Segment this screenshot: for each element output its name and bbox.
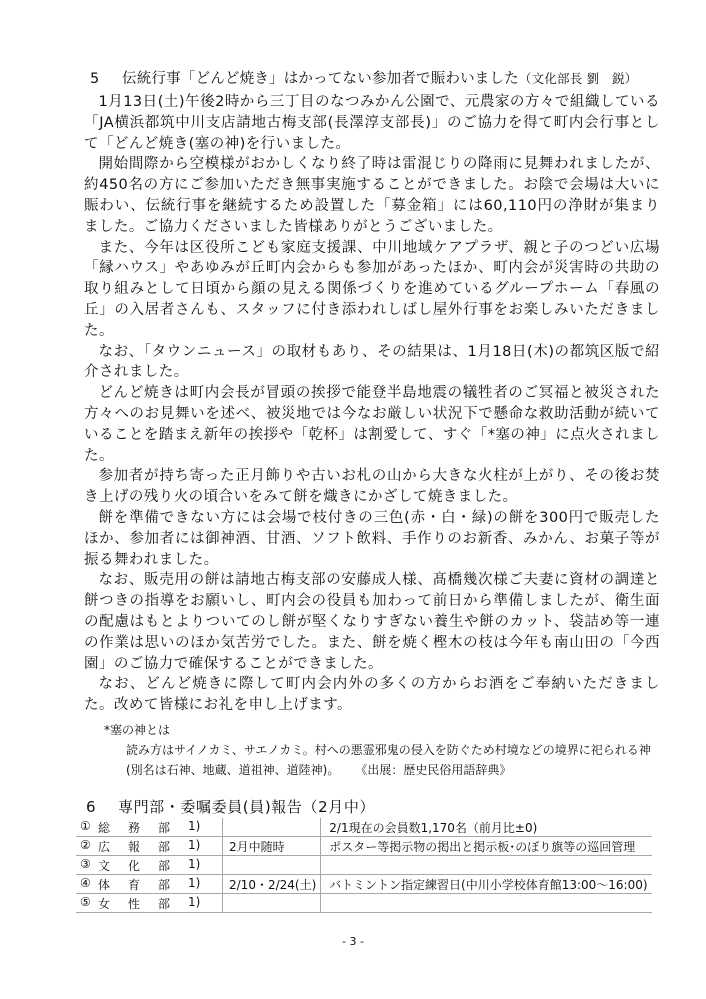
footnote: *塞の神とは 読み方はサイノカミ、サエノカミ。村への悪霊邪鬼の侵入を防ぐため村境…	[104, 720, 660, 780]
paragraph: 1月13日(土)午後2時から三丁目のなつみかん公園で、元農家の方々で組織している…	[84, 92, 660, 154]
footnote-heading: *塞の神とは	[104, 720, 660, 740]
dept-char: 文	[98, 857, 128, 874]
paragraph: 餅を準備できない方には会場で枝付きの三色(赤・白・緑)の餅を300円で販売したほ…	[84, 508, 660, 570]
row-marker: ⑤	[80, 895, 98, 912]
date-cell	[223, 856, 321, 875]
department-cell: ③文化部1)	[76, 856, 223, 875]
dept-char: 報	[128, 838, 158, 855]
table-row: ④体育部1) 2/10・2/24(土) バトミントン指定練習日(中川小学校体育館…	[76, 875, 652, 894]
section-title: 伝統行事「どんど焼き」はかってない参加者で賑わいました	[122, 71, 519, 87]
dept-suffix: 1)	[188, 876, 218, 893]
paragraph: また、今年は区役所こども家庭支援課、中川地域ケアプラザ、親と子のつどい広場「縁ハ…	[84, 238, 660, 342]
footnote-source: 《出展：歴史民俗用語辞典》	[361, 763, 511, 777]
dept-suffix: 1)	[188, 819, 218, 836]
dept-suffix: 1)	[188, 857, 218, 874]
report-table: ①総務部1) 2/1現在の会員数1,170名（前月比±0) ②広報部1) 2月中…	[76, 818, 652, 913]
dept-char: 部	[158, 895, 188, 912]
section-title: 専門部・委嘱委員(員)報告（2月中）	[118, 798, 375, 816]
paragraph: どんど焼きは町内会長が冒頭の挨拶で能登半島地震の犠牲者のご冥福と被災された方々へ…	[84, 383, 660, 466]
dept-suffix: 1)	[188, 895, 218, 912]
dept-char: 部	[158, 876, 188, 893]
paragraph: なお、販売用の餅は請地古梅支部の安藤成人様、髙橋幾次様ご夫妻に資材の調達と餅つき…	[84, 570, 660, 674]
content-cell	[321, 856, 652, 875]
department-cell: ①総務部1)	[76, 818, 223, 837]
section-5-body: 1月13日(土)午後2時から三丁目のなつみかん公園で、元農家の方々で組織している…	[84, 92, 660, 716]
dept-char: 育	[128, 876, 158, 893]
department-cell: ②広報部1)	[76, 837, 223, 856]
content-cell	[321, 894, 652, 913]
content-cell: ポスター等掲示物の掲出と掲示板･のぼり旗等の巡回管理	[321, 837, 652, 856]
row-marker: ②	[80, 838, 98, 855]
dept-char: 化	[128, 857, 158, 874]
row-marker: ④	[80, 876, 98, 893]
paragraph: 開始間際から空模様がおかしくなり終了時は雷混じりの降雨に見舞われましたが、約45…	[84, 154, 660, 237]
content-cell: 2/1現在の会員数1,170名（前月比±0)	[321, 818, 652, 837]
dept-char: 部	[158, 857, 188, 874]
dept-char: 務	[128, 819, 158, 836]
footnote-body: 読み方はサイノカミ、サエノカミ。村への悪霊邪鬼の侵入を防ぐため村境などの境界に祀…	[126, 740, 660, 780]
paragraph: 参加者が持ち寄った正月飾りや古いお札の山から大きな火柱が上がり、その後お焚き上げ…	[84, 466, 660, 508]
table-row: ③文化部1)	[76, 856, 652, 875]
department-cell: ④体育部1)	[76, 875, 223, 894]
date-cell	[223, 818, 321, 837]
dept-char: 女	[98, 895, 128, 912]
table-row: ⑤女性部1)	[76, 894, 652, 913]
dept-char: 体	[98, 876, 128, 893]
section-author: （文化部長 劉 鋭）	[519, 71, 637, 86]
dept-char: 総	[98, 819, 128, 836]
dept-char: 部	[158, 819, 188, 836]
content-cell: バトミントン指定練習日(中川小学校体育館13:00～16:00)	[321, 875, 652, 894]
table-row: ②広報部1) 2月中随時 ポスター等掲示物の掲出と掲示板･のぼり旗等の巡回管理	[76, 837, 652, 856]
table-row: ①総務部1) 2/1現在の会員数1,170名（前月比±0)	[76, 818, 652, 837]
section-number: 6	[86, 796, 118, 818]
date-cell: 2/10・2/24(土)	[223, 875, 321, 894]
section-6-heading: 6専門部・委嘱委員(員)報告（2月中）	[86, 796, 375, 818]
date-cell: 2月中随時	[223, 837, 321, 856]
document-page: 5伝統行事「どんど焼き」はかってない参加者で賑わいました（文化部長 劉 鋭） 1…	[0, 0, 706, 999]
dept-char: 部	[158, 838, 188, 855]
dept-char: 性	[128, 895, 158, 912]
date-cell	[223, 894, 321, 913]
department-cell: ⑤女性部1)	[76, 894, 223, 913]
section-5-heading: 5伝統行事「どんど焼き」はかってない参加者で賑わいました（文化部長 劉 鋭）	[90, 68, 660, 90]
dept-suffix: 1)	[188, 838, 218, 855]
row-marker: ①	[80, 819, 98, 836]
paragraph: なお、「タウンニュース」の取材もあり、その結果は、1月18日(木)の都筑区版で紹…	[84, 342, 660, 384]
dept-char: 広	[98, 838, 128, 855]
page-number: - 3 -	[0, 935, 706, 948]
section-number: 5	[90, 68, 122, 90]
row-marker: ③	[80, 857, 98, 874]
paragraph: なお、どんど焼きに際して町内会内外の多くの方からお酒をご奉納いただきました。改め…	[84, 674, 660, 716]
